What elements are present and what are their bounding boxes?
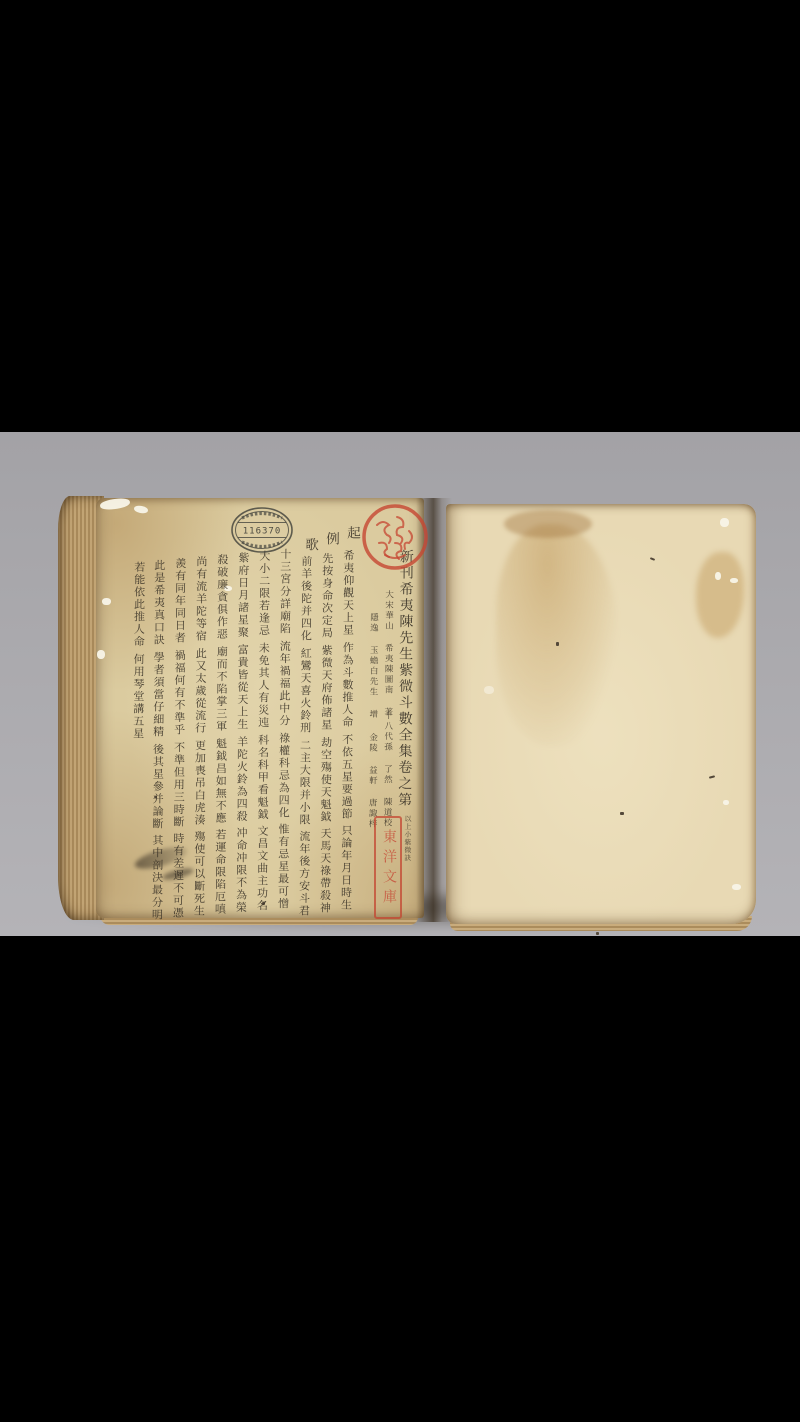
verse-phrase: 時有差遲不可憑 (170, 833, 186, 920)
verse-column-1: 希夷仰觀天上星作為斗數推人命不依五星要過節只論年月日時生 (338, 550, 356, 912)
verse-phrase: 惟有忌星最可憎 (275, 824, 291, 911)
verse-column-11: 若能依此推人命何用琴堂講五星 (131, 561, 147, 740)
verse-phrase: 大小二限若逢忌 (256, 550, 272, 637)
verse-phrase: 羨有同年同日者 (172, 557, 188, 644)
verse-phrase: 只論年月日時生 (338, 825, 354, 912)
verse-phrase: 天馬天祿帶殺神 (317, 828, 333, 915)
verse-phrase: 廟而不陷掌三軍 (214, 646, 230, 733)
verse-phrase: 二主大限并小限 (297, 739, 313, 826)
verse-column-8: 尚有流羊陀等宿此又太歲從流行更加喪吊白虎湊殤使可以斷死生 (191, 556, 209, 918)
verse-phrase: 十三宮分詳廟陷 (277, 548, 293, 635)
verse-phrase: 劫空殤使天魁鉞 (318, 736, 334, 823)
verse-column-10: 此是希夷真口訣學者須當仔細精後其星參并論斷其中剖決最分明 (149, 559, 167, 921)
bottom-letterbox (0, 936, 800, 1422)
verse-phrase: 文昌文曲主功名 (254, 825, 270, 912)
verse-phrase: 未免其人有災迍 (256, 642, 272, 729)
verse-phrase: 不依五星要過節 (339, 733, 355, 820)
verse-phrase: 羊陀火鈴為四殺 (234, 735, 250, 822)
verse-phrase: 學者須當仔細精 (151, 651, 167, 738)
verse-heading-qi: 起 (342, 526, 362, 541)
verse-phrase: 流年後方安斗君 (296, 831, 312, 918)
attribution-hermit: 隱逸 玉蟾白先生 增 (367, 613, 380, 720)
verse-column-2: 先按身命次定局紫微天府佈諸星劫空殤使天魁鉞天馬天祿帶殺神 (317, 552, 335, 914)
circular-red-seal (361, 503, 429, 571)
verse-column-5: 大小二限若逢忌未免其人有災迍科名科甲看魁鉞文昌文曲主功名 (254, 550, 272, 912)
book-title-column: 新刊希夷陳先生紫微斗數全集卷之第 (394, 549, 416, 808)
verse-phrase: 何用琴堂講五星 (131, 653, 147, 740)
screenshot-stage: 新刊希夷陳先生紫微斗數全集卷之第 以上小紫微訣 大宋華山 希夷陳圖南 著 十八代… (0, 0, 800, 1422)
attribution-descendant: 十八代孫 了然 陳道校 (381, 711, 394, 828)
verse-column-7: 殺破廉貪俱作惡廟而不陷掌三軍魁鉞昌如無不應若運命限陷厄嗔 (212, 554, 230, 916)
title-volume-note: 以上小紫微訣 (403, 815, 413, 862)
verse-phrase: 殺破廉貪俱作惡 (214, 554, 230, 641)
verse-phrase: 此又太歲從流行 (193, 647, 209, 734)
verse-phrase: 更加喪吊白虎湊 (192, 739, 208, 826)
verse-phrase: 祿權科忌為四化 (276, 732, 292, 819)
verse-phrase: 若能依此推人命 (131, 561, 147, 648)
photo-area: 新刊希夷陳先生紫微斗數全集卷之第 以上小紫微訣 大宋華山 希夷陳圖南 著 十八代… (0, 432, 800, 936)
library-accession-stamp: 116370 (230, 506, 294, 554)
verse-heading-li: 例 (321, 531, 341, 546)
verse-phrase: 富貴皆從天上生 (235, 644, 251, 731)
verse-column-9: 羨有同年同日者禍福何有不準乎不準但用三時斷時有差遲不可憑 (170, 557, 188, 919)
verse-phrase: 若運命限陷厄嗔 (212, 829, 228, 916)
verse-phrase: 紫微天府佈諸星 (319, 644, 335, 731)
attribution-author: 大宋華山 希夷陳圖南 著 (382, 590, 395, 718)
verse-heading-ge: 歌 (300, 537, 320, 552)
verse-phrase: 此是希夷真口訣 (151, 559, 167, 646)
verse-phrase: 尚有流羊陀等宿 (193, 556, 209, 643)
verse-phrase: 魁鉞昌如無不應 (213, 737, 229, 824)
verse-phrase: 禍福何有不準乎 (172, 649, 188, 736)
verse-phrase: 作為斗數推人命 (340, 641, 356, 728)
attribution-publisher: 金陵 益軒 唐諏梓 (366, 733, 379, 830)
seal-script-glyphs (377, 517, 412, 559)
verse-phrase: 紅鸞天喜火鈴刑 (298, 647, 314, 734)
verse-phrase: 後其星參并論斷 (150, 743, 166, 830)
verse-column-6: 紫府日月諸星聚富貴皆從天上生羊陀火鈴為四殺冲命冲限不為榮 (233, 552, 251, 914)
verse-phrase: 紫府日月諸星聚 (235, 552, 251, 639)
verse-phrase: 冲命冲限不為榮 (233, 827, 249, 914)
accession-number: 116370 (243, 527, 282, 537)
verse-phrase: 殤使可以斷死生 (191, 831, 207, 918)
verse-phrase: 流年禍福此中分 (277, 640, 293, 727)
verse-column-4: 十三宮分詳廟陷流年禍福此中分祿權科忌為四化惟有忌星最可憎 (275, 548, 293, 910)
verse-phrase: 前羊後陀并四化 (298, 555, 314, 642)
verse-column-3: 前羊後陀并四化紅鸞天喜火鈴刑二主大限并小限流年後方安斗君 (296, 555, 314, 917)
verse-phrase: 其中剖決最分明 (149, 835, 165, 922)
verse-phrase: 科名科甲看魁鉞 (255, 734, 271, 821)
toyo-bunko-rect-seal: 東洋文庫 (374, 816, 402, 919)
verse-phrase: 先按身命次定局 (319, 552, 335, 639)
verse-columns-container: 希夷仰觀天上星作為斗數推人命不依五星要過節只論年月日時生先按身命次定局紫微天府佈… (1, 432, 800, 435)
verse-phrase: 希夷仰觀天上星 (340, 550, 356, 637)
top-letterbox (0, 0, 800, 432)
verse-phrase: 不準但用三時斷 (171, 741, 187, 828)
